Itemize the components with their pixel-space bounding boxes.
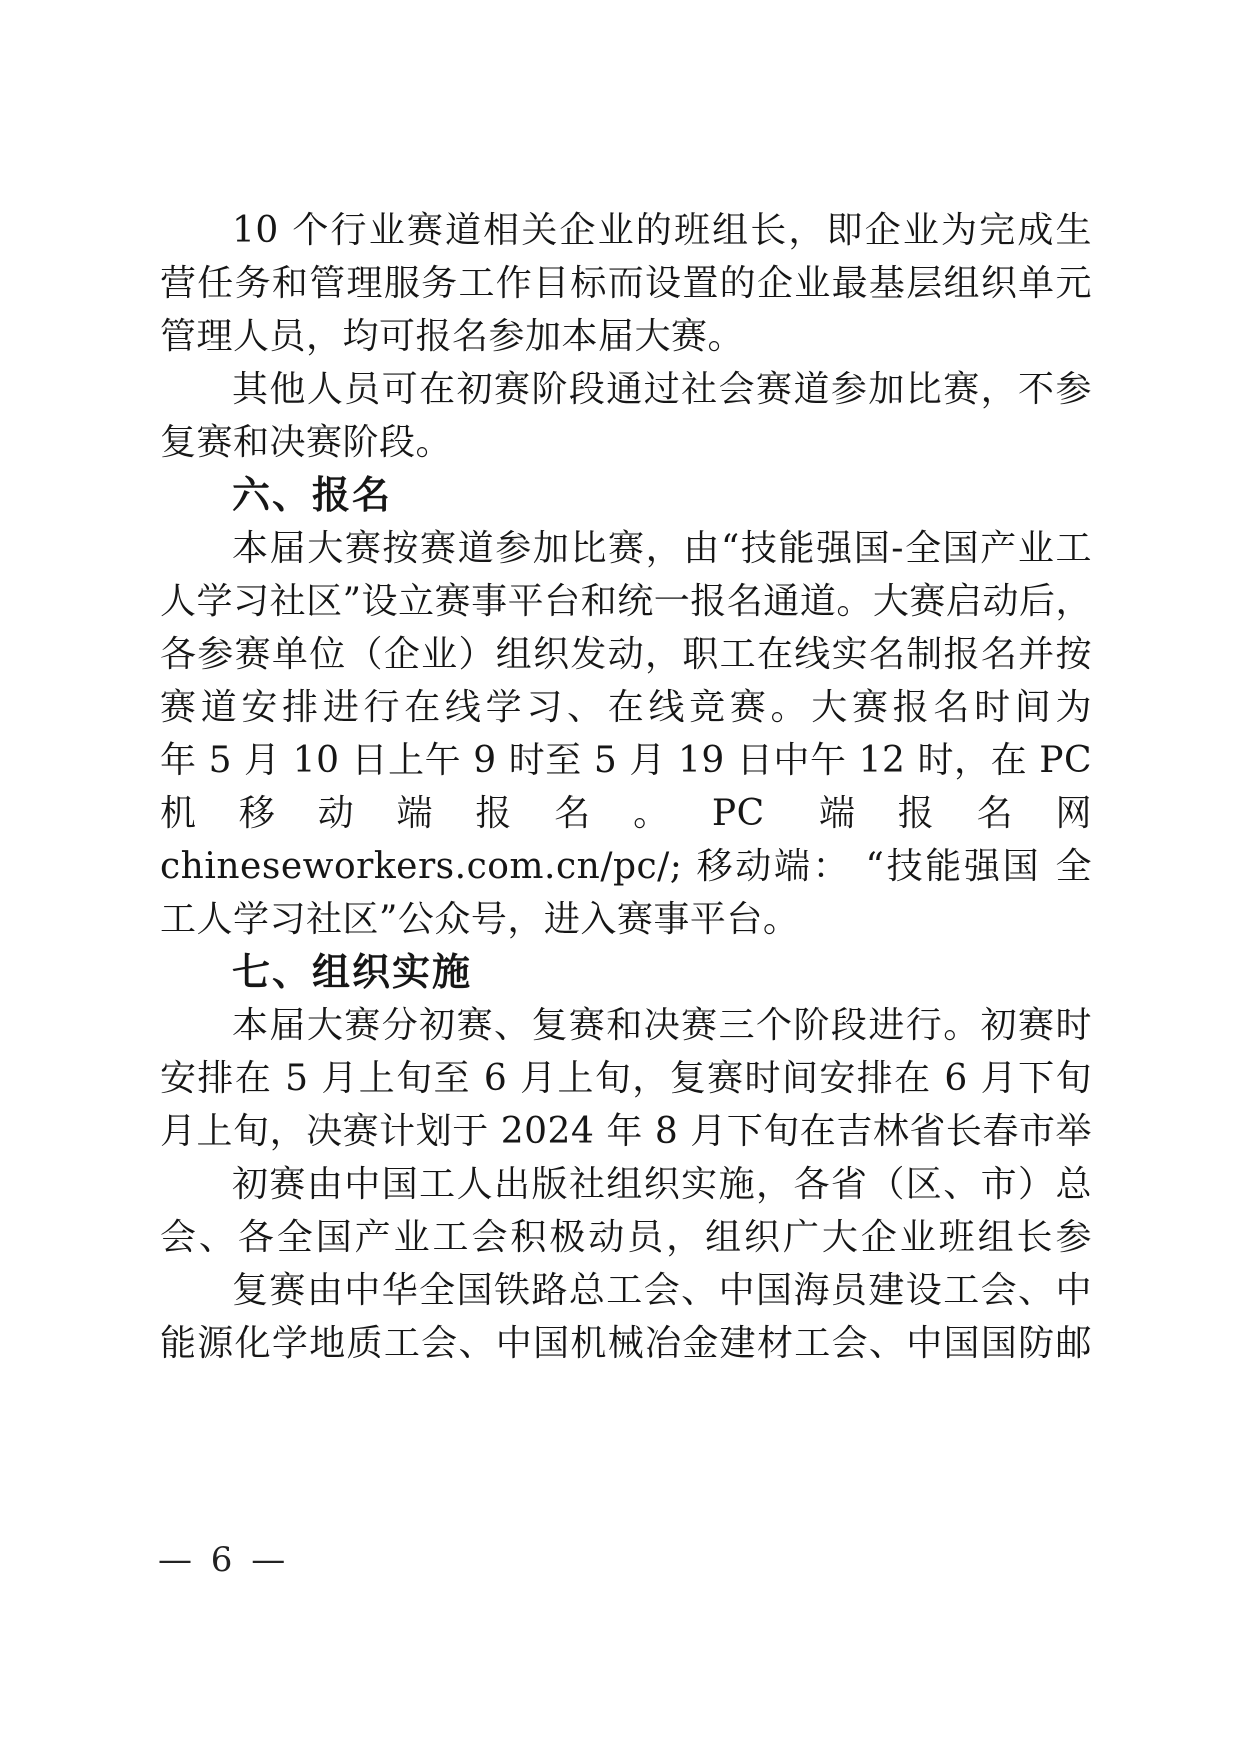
section-heading-organization: 七、组织实施 [160, 946, 1092, 999]
body-line: 管理人员，均可报名参加本届大赛。 [160, 310, 1092, 363]
body-line: 复赛和决赛阶段。 [160, 416, 1092, 469]
body-line: 复赛由中华全国铁路总工会、中国海员建设工会、中国 [160, 1264, 1092, 1317]
body-line: 各参赛单位（企业）组织发动，职工在线实名制报名并按各 [160, 628, 1092, 681]
body-line: 赛道安排进行在线学习、在线竞赛。大赛报名时间为 2024 [160, 681, 1092, 734]
body-line: 本届大赛分初赛、复赛和决赛三个阶段进行。初赛时间 [160, 999, 1092, 1052]
document-page: 10 个行业赛道相关企业的班组长，即企业为完成生产经 营任务和管理服务工作目标而… [0, 0, 1240, 1753]
body-line: 人学习社区”设立赛事平台和统一报名通道。大赛启动后， [160, 575, 1092, 628]
body-line: 会、各全国产业工会积极动员，组织广大企业班组长参赛。 [160, 1211, 1092, 1264]
section-heading-registration: 六、报名 [160, 469, 1092, 522]
body-line: 能源化学地质工会、中国机械冶金建材工会、中国国防邮电 [160, 1317, 1092, 1370]
body-line: 本届大赛按赛道参加比赛，由“技能强国-全国产业工 [160, 522, 1092, 575]
body-line: 10 个行业赛道相关企业的班组长，即企业为完成生产经 [160, 204, 1092, 257]
body-line: 初赛由中国工人出版社组织实施，各省（区、市）总工 [160, 1158, 1092, 1211]
body-line: 其他人员可在初赛阶段通过社会赛道参加比赛，不参加 [160, 363, 1092, 416]
body-line: 月上旬，决赛计划于 2024 年 8 月下旬在吉林省长春市举行。 [160, 1105, 1092, 1158]
body-line: 年 5 月 10 日上午 9 时至 5 月 19 日中午 12 时，在 PC 端… [160, 734, 1092, 787]
body-line: chineseworkers.com.cn/pc/; 移动端： “技能强国 全国… [160, 840, 1092, 893]
body-line: 营任务和管理服务工作目标而设置的企业最基层组织单元的 [160, 257, 1092, 310]
body-line: 工人学习社区”公众号，进入赛事平台。 [160, 893, 1092, 946]
text-block: 10 个行业赛道相关企业的班组长，即企业为完成生产经 营任务和管理服务工作目标而… [160, 204, 1092, 1370]
page-number: — 6 — [158, 1540, 289, 1580]
body-line: 机移动端报名。PC 端报名网址:https://www.bzz.chinaski… [160, 787, 1092, 840]
body-line: 安排在 5 月上旬至 6 月上旬，复赛时间安排在 6 月下旬至 7 [160, 1052, 1092, 1105]
